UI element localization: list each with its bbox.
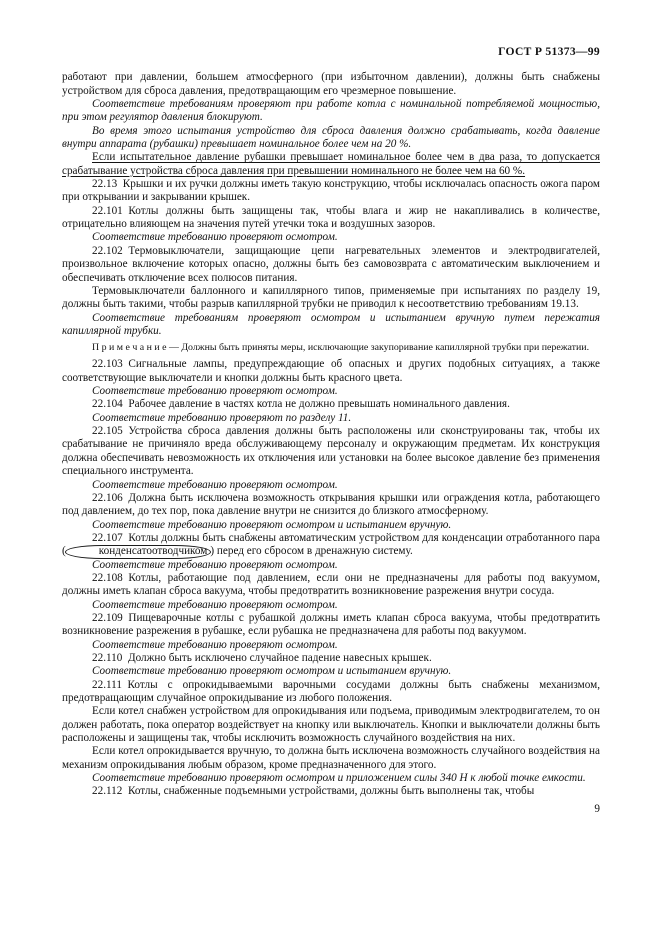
note-paragraph: П р и м е ч а н и е — Должны быть принят… xyxy=(62,342,600,354)
clause-22-110: 22.110 Должно быть исключено случайное п… xyxy=(62,652,600,665)
compliance-note: Соответствие требованию проверяют осмотр… xyxy=(62,231,600,244)
compliance-note: Соответствие требованию проверяют осмотр… xyxy=(62,599,600,612)
compliance-note: Соответствие требованию проверяют осмотр… xyxy=(62,559,600,572)
compliance-note: Соответствие требованию проверяют осмотр… xyxy=(62,639,600,652)
compliance-note: Во время этого испытания устройство для … xyxy=(62,125,600,152)
document-body: работают при давлении, большем атмосферн… xyxy=(62,71,600,798)
document-page: ГОСТ Р 51373—99 работают при давлении, б… xyxy=(0,0,661,936)
page-header: ГОСТ Р 51373—99 xyxy=(62,45,600,58)
compliance-note: Соответствие требованиям проверяют осмот… xyxy=(62,312,600,339)
clause-22-108: 22.108 Котлы, работающие под давлением, … xyxy=(62,572,600,599)
clause-22-102-continued: Термовыключатели баллонного и капиллярно… xyxy=(62,285,600,312)
clause-22-103: 22.103 Сигнальные лампы, предупреждающие… xyxy=(62,358,600,385)
clause-22-112: 22.112 Котлы, снабженные подъемными устр… xyxy=(62,785,600,798)
compliance-note: Соответствие требованию проверяют осмотр… xyxy=(62,385,600,398)
standard-code: ГОСТ Р 51373—99 xyxy=(498,45,600,58)
compliance-note: Соответствие требованиям проверяют при р… xyxy=(62,98,600,125)
paragraph-continuation: работают при давлении, большем атмосферн… xyxy=(62,71,600,98)
page-number: 9 xyxy=(594,803,600,815)
clause-22-107: 22.107 Котлы должны быть снабжены автома… xyxy=(62,532,600,559)
underlined-amendment: Если испытательное давление рубашки прев… xyxy=(62,151,600,178)
page-footer: 9 xyxy=(62,803,600,816)
compliance-note: Соответствие требованию проверяют осмотр… xyxy=(62,772,600,785)
clause-22-111: 22.111 Котлы с опрокидываемыми варочными… xyxy=(62,679,600,706)
clause-22-102: 22.102 Термовыключатели, защищающие цепи… xyxy=(62,245,600,285)
compliance-note: Соответствие требованию проверяют осмотр… xyxy=(62,665,600,678)
clause-22-111-continued: Если котел снабжен устройством для опрок… xyxy=(62,705,600,745)
circled-term-annotation: конденсатоотводчиком xyxy=(65,545,212,559)
clause-22-107-text-after: ) перед его сбросом в дренажную систему. xyxy=(210,545,412,557)
clause-22-109: 22.109 Пищеварочные котлы с рубашкой дол… xyxy=(62,612,600,639)
compliance-note: Соответствие требованию проверяют по раз… xyxy=(62,412,600,425)
clause-22-105: 22.105 Устройства сброса давления должны… xyxy=(62,425,600,478)
compliance-note: Соответствие требованию проверяют осмотр… xyxy=(62,479,600,492)
clause-22-13: 22.13 Крышки и их ручки должны иметь так… xyxy=(62,178,600,205)
clause-22-104: 22.104 Рабочее давление в частях котла н… xyxy=(62,398,600,411)
clause-22-101: 22.101 Котлы должны быть защищены так, ч… xyxy=(62,205,600,232)
clause-22-111-continued: Если котел опрокидывается вручную, то до… xyxy=(62,745,600,772)
compliance-note: Соответствие требованию проверяют осмотр… xyxy=(62,519,600,532)
clause-22-106: 22.106 Должна быть исключена возможность… xyxy=(62,492,600,519)
